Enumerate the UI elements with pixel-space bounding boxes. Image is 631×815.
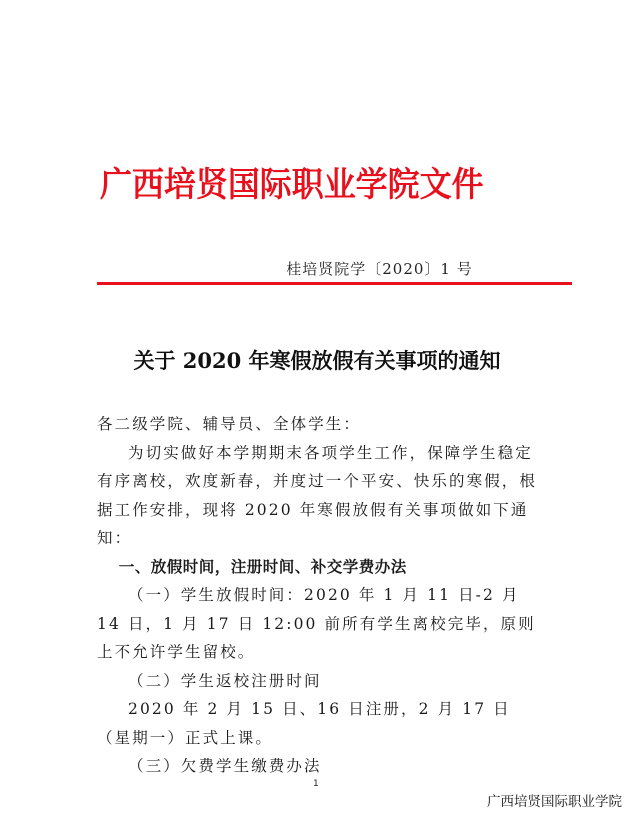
document-number: 桂培贤院学〔2020〕1 号 xyxy=(97,258,572,279)
notice-body: 各二级学院、辅导员、全体学生： 为切实做好本学期期末各项学生工作，保障学生稳定有… xyxy=(97,410,542,781)
document-page: 广西培贤国际职业学院文件 桂培贤院学〔2020〕1 号 关于 2020 年寒假放… xyxy=(0,0,631,815)
item-1-paragraph: （一）学生放假时间：2020 年 1 月 11 日-2 月 14 日，1 月 1… xyxy=(97,581,542,667)
item-2-text: 2020 年 2 月 15 日、16 日注册，2 月 17 日（星期一）正式上课… xyxy=(97,695,542,752)
section-heading-1: 一、放假时间，注册时间、补交学费办法 xyxy=(97,553,542,582)
intro-paragraph: 为切实做好本学期期末各项学生工作，保障学生稳定有序离校，欢度新春，并度过一个平安… xyxy=(97,439,542,553)
masthead-title: 广西培贤国际职业学院文件 xyxy=(100,160,514,210)
page-number: 1 xyxy=(313,779,319,789)
notice-title: 关于 2020 年寒假放假有关事项的通知 xyxy=(97,345,537,375)
item-1-label: （一）学生放假时间： xyxy=(128,586,304,604)
salutation: 各二级学院、辅导员、全体学生： xyxy=(97,410,542,439)
red-divider-rule xyxy=(97,282,572,285)
item-2-label: （二）学生返校注册时间 xyxy=(97,667,542,696)
item-3-label: （三）欠费学生缴费办法 xyxy=(97,752,542,781)
source-watermark: 广西培贤国际职业学院 xyxy=(487,790,622,810)
